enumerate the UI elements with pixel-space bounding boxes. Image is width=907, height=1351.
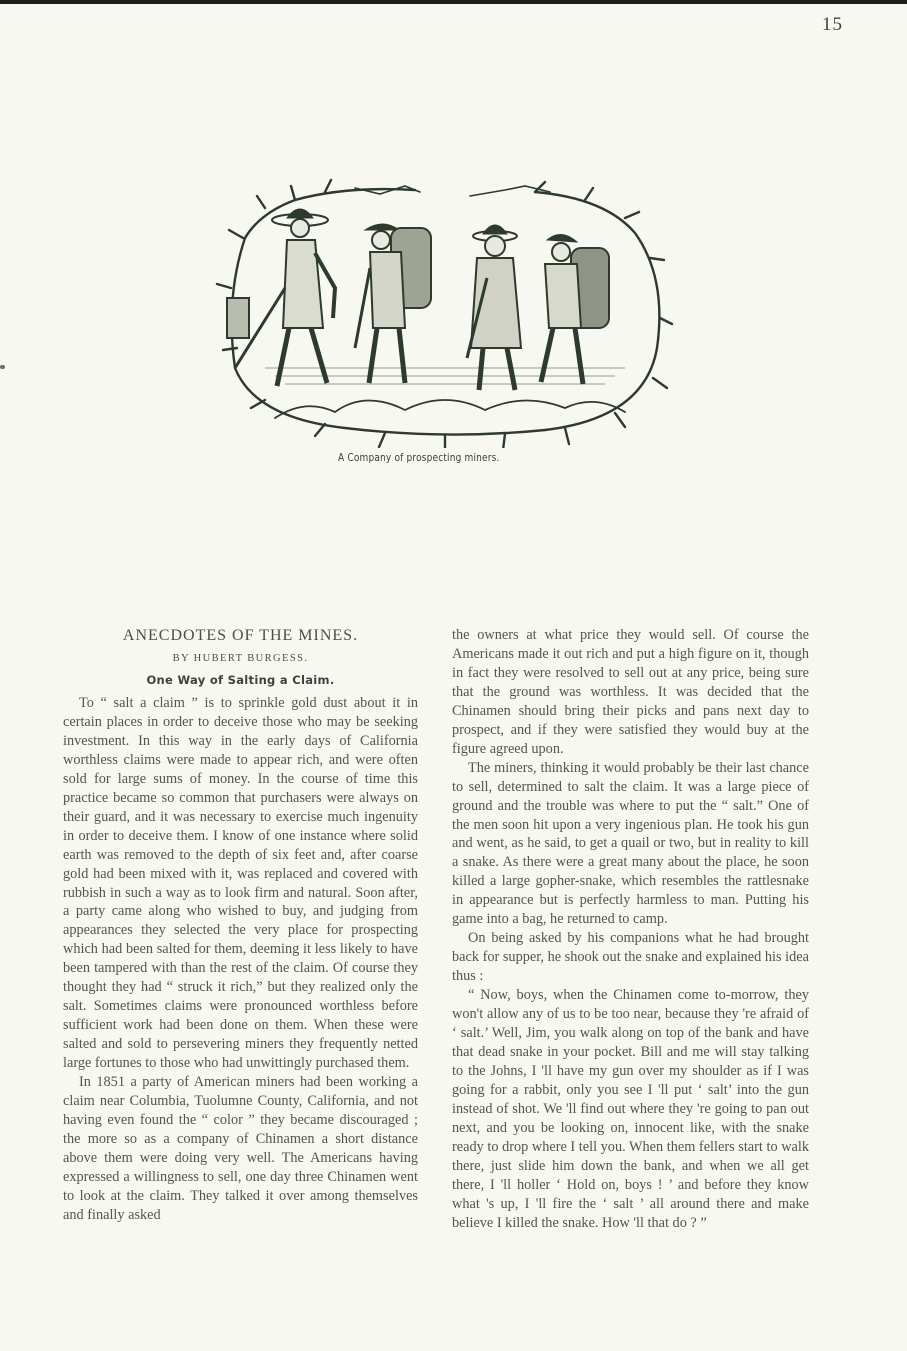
scan-speck	[0, 365, 5, 369]
paragraph: In 1851 a party of American miners had b…	[63, 1073, 418, 1225]
paragraph: the owners at what price they would sell…	[452, 626, 809, 759]
paragraph: The miners, thinking it would probably b…	[452, 759, 809, 930]
article-left-column: ANECDOTES OF THE MINES. BY HUBERT BURGES…	[63, 626, 418, 1225]
article-byline: BY HUBERT BURGESS.	[63, 652, 418, 666]
paragraph: On being asked by his companions what he…	[452, 929, 809, 986]
illustration-caption: A Company of prospecting miners.	[338, 451, 535, 464]
article-subtitle: One Way of Salting a Claim.	[63, 672, 418, 688]
page-number: 15	[822, 14, 843, 36]
scan-top-edge	[0, 0, 907, 4]
article-right-column: the owners at what price they would sell…	[452, 626, 809, 1233]
paragraph: “ Now, boys, when the Chinamen come to-m…	[452, 986, 809, 1232]
article-title: ANECDOTES OF THE MINES.	[63, 626, 418, 646]
paragraph: To “ salt a claim ” is to sprinkle gold …	[63, 694, 418, 1073]
miners-engraving-illustration	[205, 178, 675, 448]
